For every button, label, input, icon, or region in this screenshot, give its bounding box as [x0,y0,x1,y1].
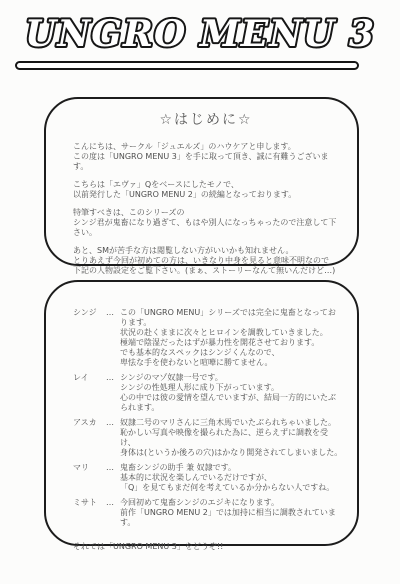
character-description: 奴隷二号のマリさんに三角木馬でいたぶられちゃいました。 恥かしい写真や映像を撮ら… [120,418,343,458]
character-entry: ミサト … 今回初めて鬼畜シンジのエジキになります。 前作「UNGRO MENU… [73,498,343,528]
character-name: ミサト [73,498,106,508]
character-description: 鬼畜シンジの助手 兼 奴隷です。 基本的に状況を楽しんでいるだけですが、 「Q」… [120,463,343,493]
character-name: アスカ [73,418,106,428]
page-title: UNGRO MENU 3 [25,13,375,55]
character-separator: … [106,463,120,473]
character-name: マリ [73,463,106,473]
intro-heading: ☆はじめに☆ [73,109,339,129]
title-block: UNGRO MENU 3 [0,8,400,62]
title-underline [15,61,359,70]
character-description: 今回初めて鬼畜シンジのエジキになります。 前作「UNGRO MENU 2」では加… [120,498,343,528]
character-entry: シンジ … この「UNGRO MENU」シリーズでは完全に鬼畜となっております。… [73,308,343,368]
closing-line: それでは「UNGRO MENU 3」をどうぞ!! [73,542,343,552]
title-art: UNGRO MENU 3 [22,8,378,58]
character-box: シンジ … この「UNGRO MENU」シリーズでは完全に鬼畜となっております。… [44,280,359,546]
intro-paragraph: 特筆すべきは、このシリーズの シンジ君が鬼畜になり過ぎて、もはや別人になっちゃっ… [73,208,339,238]
character-entry: レイ … シンジのマゾ奴隷一号です。 シンジの性処理人形に成り下がっています。 … [73,373,343,413]
character-separator: … [106,373,120,383]
character-entry: マリ … 鬼畜シンジの助手 兼 奴隷です。 基本的に状況を楽しんでいるだけですが… [73,463,343,493]
character-entry: アスカ … 奴隷二号のマリさんに三角木馬でいたぶられちゃいました。 恥かしい写真… [73,418,343,458]
intro-paragraph: あと、SMが苦手な方は閲覧しない方がいいかも知れません。 とりあえず今回が初めて… [73,246,339,276]
character-name: レイ [73,373,106,383]
character-separator: … [106,308,120,318]
intro-box: ☆はじめに☆ こんにちは、サークル「ジュエルズ」のハウケアと申します。 この度は… [44,97,359,266]
character-description: シンジのマゾ奴隷一号です。 シンジの性処理人形に成り下がっています。 心の中では… [120,373,343,413]
intro-paragraph: こちらは「エヴァ」Qをベースにしたモノで、 以前発行した「UNGRO MENU … [73,180,339,200]
character-description: この「UNGRO MENU」シリーズでは完全に鬼畜となっております。 状況の赴く… [120,308,343,368]
character-separator: … [106,498,120,508]
character-separator: … [106,418,120,428]
scanned-page: UNGRO MENU 3 ☆はじめに☆ こんにちは、サークル「ジュエルズ」のハウ… [0,0,400,584]
character-name: シンジ [73,308,106,318]
intro-paragraph: こんにちは、サークル「ジュエルズ」のハウケアと申します。 この度は「UNGRO … [73,142,339,172]
